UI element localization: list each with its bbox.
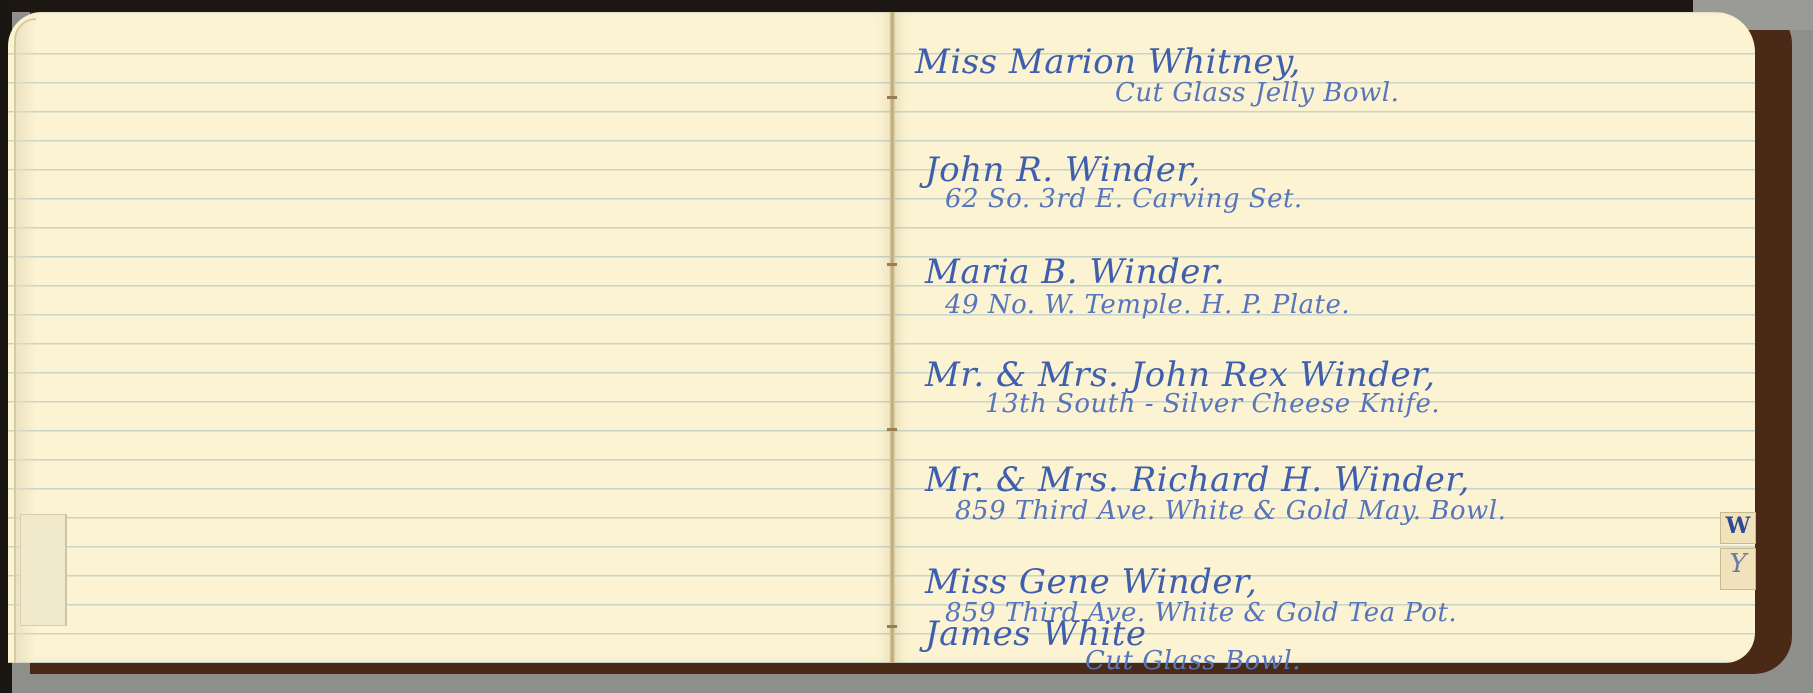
index-tab-label: Y [1729,549,1746,579]
entry-detail: 859 Third Ave. White & Gold May. Bowl. [955,496,1506,526]
notebook-spread [8,8,1778,663]
entry-name: Maria B. Winder. [925,252,1225,292]
page-gutter [890,12,895,663]
left-page [8,12,893,663]
binding-stitch [887,96,897,99]
entry-detail: 62 So. 3rd E. Carving Set. [945,184,1303,214]
index-tab-w[interactable]: W [1720,512,1756,544]
entry-name: Mr. & Mrs. Richard H. Winder, [925,460,1470,500]
binding-stitch [887,263,897,266]
entry-detail: 49 No. W. Temple. H. P. Plate. [945,290,1350,320]
entry-name: Miss Gene Winder, [925,562,1257,602]
index-tab-y[interactable]: Y [1720,548,1756,590]
entry-detail: 13th South - Silver Cheese Knife. [985,389,1440,419]
index-tab-label: W [1726,513,1751,539]
binding-stitch [887,625,897,628]
binding-stitch [887,428,897,431]
entry-name: Miss Marion Whitney, [915,42,1301,82]
entry-detail: Cut Glass Bowl. [1085,646,1301,676]
entry-detail: Cut Glass Jelly Bowl. [1115,78,1399,108]
left-page-index-edge [20,514,67,626]
